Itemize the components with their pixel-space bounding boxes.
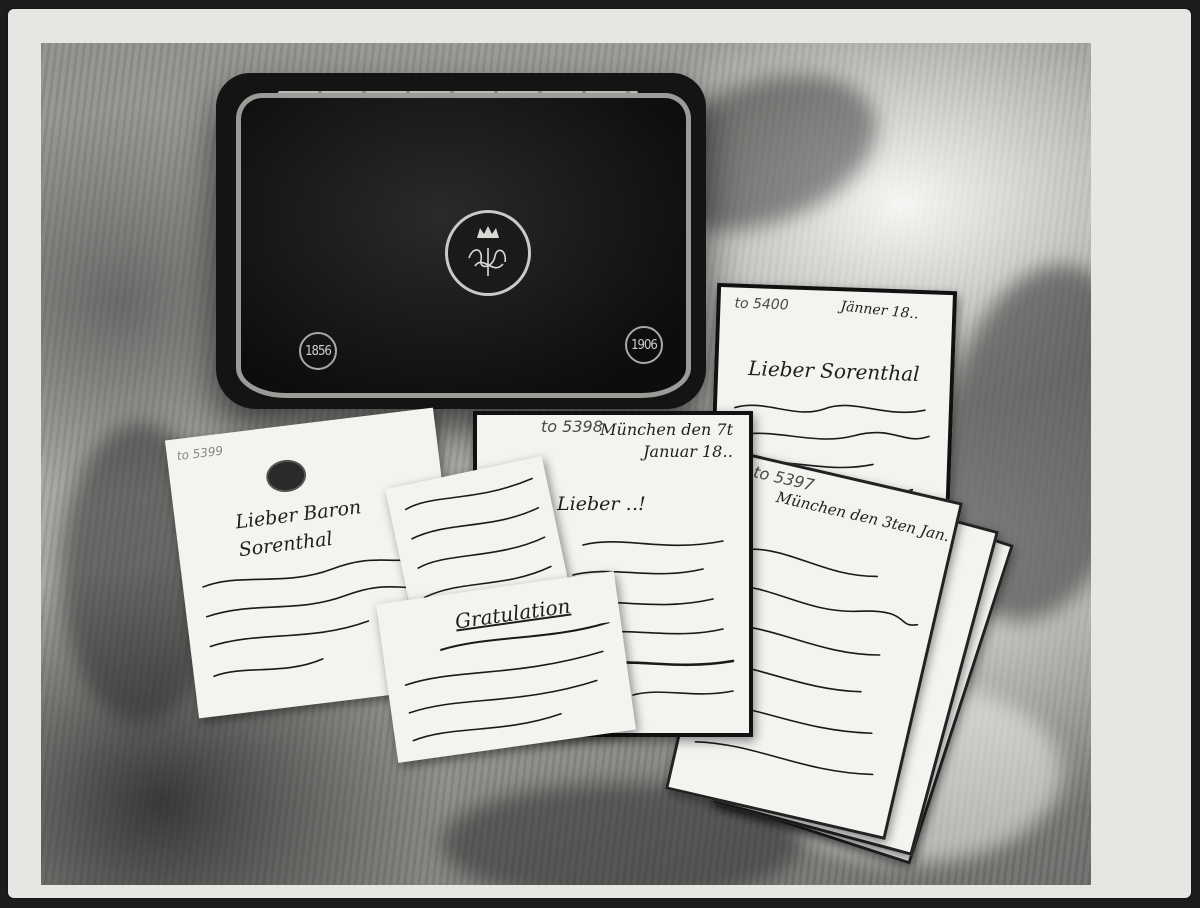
date-badge-right: 1906 <box>625 326 663 364</box>
letter-salutation: Lieber ‥! <box>557 493 646 515</box>
letter-date: München den 7t Januar 18‥ <box>583 419 733 463</box>
letter-heading: Gratulation <box>454 594 572 634</box>
letter-front: Gratulation <box>376 571 636 763</box>
letter-salutation: Lieber Baron Sorenthal <box>234 489 400 564</box>
photograph: 1856 1906 to 5400 Jänner 18‥ Lieber Sore… <box>41 43 1091 885</box>
handwriting <box>391 621 634 762</box>
monogram-case: 1856 1906 <box>216 73 706 409</box>
archive-number: to 5400 <box>734 296 789 314</box>
crowned-monogram-icon <box>445 210 531 296</box>
photo-print-mount: 1856 1906 to 5400 Jänner 18‥ Lieber Sore… <box>8 9 1191 898</box>
seal-icon <box>264 458 308 495</box>
case-lid: 1856 1906 <box>236 93 691 398</box>
date-badge-left: 1856 <box>299 332 337 370</box>
archive-number: to 5399 <box>176 444 224 464</box>
letter-date: Jänner 18‥ <box>840 299 920 323</box>
letter-salutation: Lieber Sorenthal <box>748 356 920 386</box>
